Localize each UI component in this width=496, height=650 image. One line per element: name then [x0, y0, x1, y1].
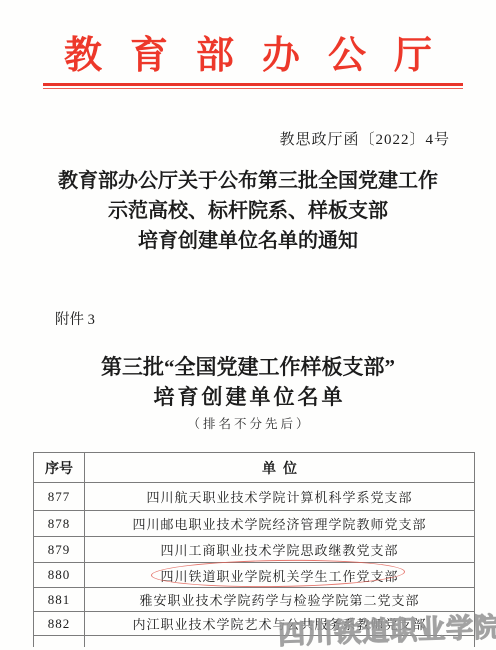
list-title-line-2: 培育创建单位名单	[0, 382, 496, 412]
letterhead-title: 教育部办公厅	[0, 24, 496, 79]
row-no: 879	[34, 537, 85, 563]
table-partial-next-row-divider	[34, 636, 85, 647]
table-header-row: 序号 单 位	[34, 453, 475, 483]
table-row: 877 四川航天职业技术学院计算机科学系党支部	[34, 483, 475, 511]
notice-title: 教育部办公厅关于公布第三批全国党建工作 示范高校、标杆院系、样板支部 培育创建单…	[0, 166, 496, 256]
row-no: 878	[34, 511, 85, 537]
watermark-text: 四川铁道职业学院	[277, 605, 496, 650]
ranking-note: （排名不分先后）	[0, 414, 496, 432]
table-row-highlighted: 880 四川铁道职业学院机关学生工作党支部	[34, 563, 475, 588]
notice-title-line-2: 示范高校、标杆院系、样板支部	[0, 196, 496, 226]
col-header-unit: 单 位	[85, 453, 475, 483]
document-number: 教思政厅函〔2022〕4号	[279, 128, 450, 149]
table-row: 879 四川工商职业技术学院思政继教党支部	[34, 537, 475, 563]
row-no: 882	[34, 612, 85, 636]
row-no: 877	[34, 483, 85, 511]
document-page: 教育部办公厅 教思政厅函〔2022〕4号 教育部办公厅关于公布第三批全国党建工作…	[0, 0, 496, 650]
row-unit: 四川铁道职业学院机关学生工作党支部	[85, 563, 475, 588]
notice-title-line-1: 教育部办公厅关于公布第三批全国党建工作	[0, 166, 496, 196]
list-title-line-1: 第三批“全国党建工作样板支部”	[0, 352, 496, 382]
red-divider-thin-line	[43, 88, 463, 89]
table-row: 878 四川邮电职业技术学院经济管理学院教师党支部	[34, 511, 475, 537]
row-unit: 四川航天职业技术学院计算机科学系党支部	[85, 483, 475, 511]
red-divider	[43, 83, 463, 89]
row-no: 881	[34, 588, 85, 612]
notice-title-line-3: 培育创建单位名单的通知	[0, 226, 496, 256]
attachment-label: 附件 3	[55, 308, 95, 329]
row-unit: 四川邮电职业技术学院经济管理学院教师党支部	[85, 511, 475, 537]
list-title: 第三批“全国党建工作样板支部” 培育创建单位名单	[0, 352, 496, 412]
row-no: 880	[34, 563, 85, 588]
col-header-no: 序号	[34, 453, 85, 483]
row-unit: 四川工商职业技术学院思政继教党支部	[85, 537, 475, 563]
